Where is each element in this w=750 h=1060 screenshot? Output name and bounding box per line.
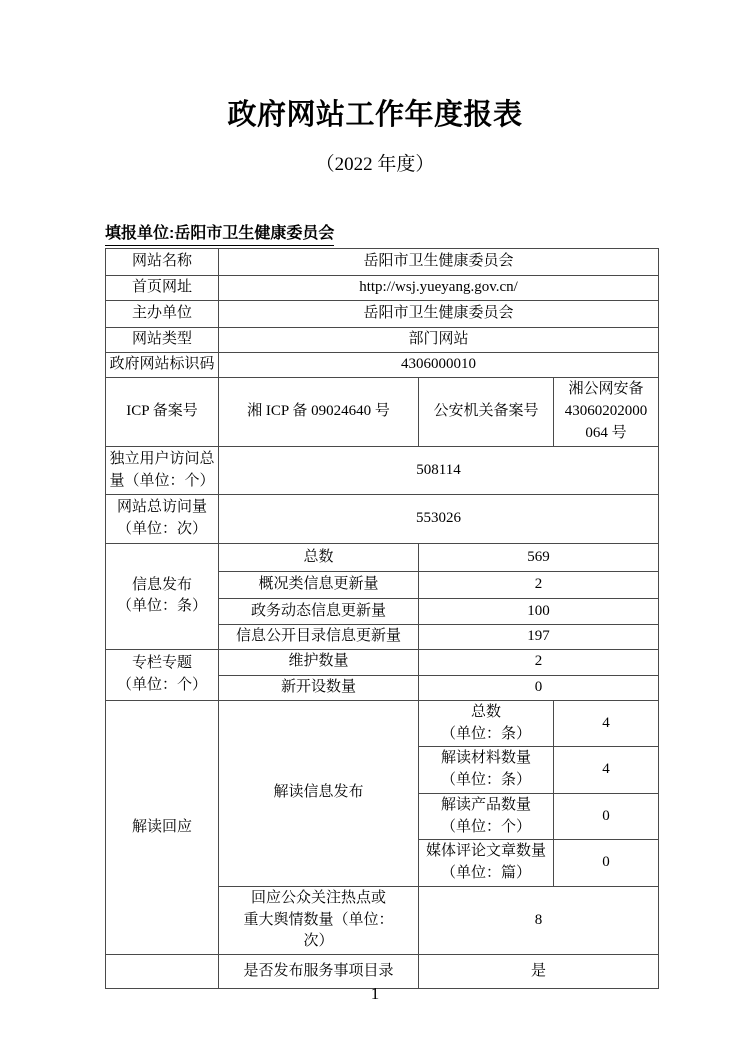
organizer-label: 主办单位 — [106, 301, 219, 328]
total-visits-value: 553026 — [219, 495, 659, 544]
interpretation-total-label: 总数 （单位：条） — [419, 700, 554, 747]
table-row: 独立用户访问总 量（单位：个） 508114 — [106, 447, 659, 495]
table-row: 网站总访问量 （单位：次） 553026 — [106, 495, 659, 544]
info-publish-overview-value: 2 — [419, 572, 659, 599]
site-code-label: 政府网站标识码 — [106, 353, 219, 378]
table-row: 首页网址 http://wsj.yueyang.gov.cn/ — [106, 276, 659, 301]
icp-value: 湘 ICP 备 09024640 号 — [219, 378, 419, 447]
organizer-value: 岳阳市卫生健康委员会 — [219, 301, 659, 328]
table-row: 网站类型 部门网站 — [106, 328, 659, 353]
special-columns-section-label: 专栏专题 （单位：个） — [106, 649, 219, 700]
document-page: 政府网站工作年度报表 （2022 年度） 填报单位:岳阳市卫生健康委员会 网站名… — [0, 0, 750, 1060]
site-type-value: 部门网站 — [219, 328, 659, 353]
reporting-unit-line: 填报单位:岳阳市卫生健康委员会 — [105, 225, 334, 246]
homepage-url: http://wsj.yueyang.gov.cn/ — [219, 276, 659, 301]
info-publish-overview-label: 概况类信息更新量 — [219, 572, 419, 599]
site-name-value: 岳阳市卫生健康委员会 — [219, 249, 659, 276]
info-publish-dynamics-value: 100 — [419, 599, 659, 625]
icp-label: ICP 备案号 — [106, 378, 219, 447]
page-subtitle: （2022 年度） — [0, 154, 750, 177]
table-row: 信息发布 （单位：条） 总数 569 — [106, 544, 659, 572]
info-publish-dynamics-label: 政务动态信息更新量 — [219, 599, 419, 625]
info-publish-section-label: 信息发布 （单位：条） — [106, 544, 219, 650]
info-publish-total-value: 569 — [419, 544, 659, 572]
page-number: 1 — [0, 984, 750, 1004]
police-record-label: 公安机关备案号 — [419, 378, 554, 447]
site-name-label: 网站名称 — [106, 249, 219, 276]
unique-visitors-label: 独立用户访问总 量（单位：个） — [106, 447, 219, 495]
interpretation-total-value: 4 — [554, 700, 659, 747]
table-row: ICP 备案号 湘 ICP 备 09024640 号 公安机关备案号 湘公网安备… — [106, 378, 659, 447]
interpretation-publish-label: 解读信息发布 — [219, 700, 419, 886]
special-columns-maintained-value: 2 — [419, 649, 659, 675]
total-visits-label: 网站总访问量 （单位：次） — [106, 495, 219, 544]
interpretation-section-label: 解读回应 — [106, 700, 219, 954]
special-columns-maintained-label: 维护数量 — [219, 649, 419, 675]
interpretation-products-value: 0 — [554, 793, 659, 840]
hotspot-response-value: 8 — [419, 886, 659, 954]
homepage-label: 首页网址 — [106, 276, 219, 301]
info-publish-directory-value: 197 — [419, 625, 659, 650]
table-row: 政府网站标识码 4306000010 — [106, 353, 659, 378]
site-code-value: 4306000010 — [219, 353, 659, 378]
site-type-label: 网站类型 — [106, 328, 219, 353]
info-publish-total-label: 总数 — [219, 544, 419, 572]
interpretation-media-value: 0 — [554, 840, 659, 887]
unique-visitors-value: 508114 — [219, 447, 659, 495]
interpretation-products-label: 解读产品数量 （单位：个） — [419, 793, 554, 840]
table-row: 网站名称 岳阳市卫生健康委员会 — [106, 249, 659, 276]
table-row: 专栏专题 （单位：个） 维护数量 2 — [106, 649, 659, 675]
table-row: 主办单位 岳阳市卫生健康委员会 — [106, 301, 659, 328]
police-record-value: 湘公网安备 43060202000 064 号 — [554, 378, 659, 447]
interpretation-materials-label: 解读材料数量 （单位：条） — [419, 747, 554, 794]
interpretation-media-label: 媒体评论文章数量 （单位：篇） — [419, 840, 554, 887]
table-row: 解读回应 解读信息发布 总数 （单位：条） 4 — [106, 700, 659, 747]
special-columns-new-value: 0 — [419, 675, 659, 700]
interpretation-materials-value: 4 — [554, 747, 659, 794]
annual-report-table: 网站名称 岳阳市卫生健康委员会 首页网址 http://wsj.yueyang.… — [105, 248, 659, 989]
info-publish-directory-label: 信息公开目录信息更新量 — [219, 625, 419, 650]
page-title: 政府网站工作年度报表 — [0, 100, 750, 132]
special-columns-new-label: 新开设数量 — [219, 675, 419, 700]
hotspot-response-label: 回应公众关注热点或 重大舆情数量（单位： 次） — [219, 886, 419, 954]
